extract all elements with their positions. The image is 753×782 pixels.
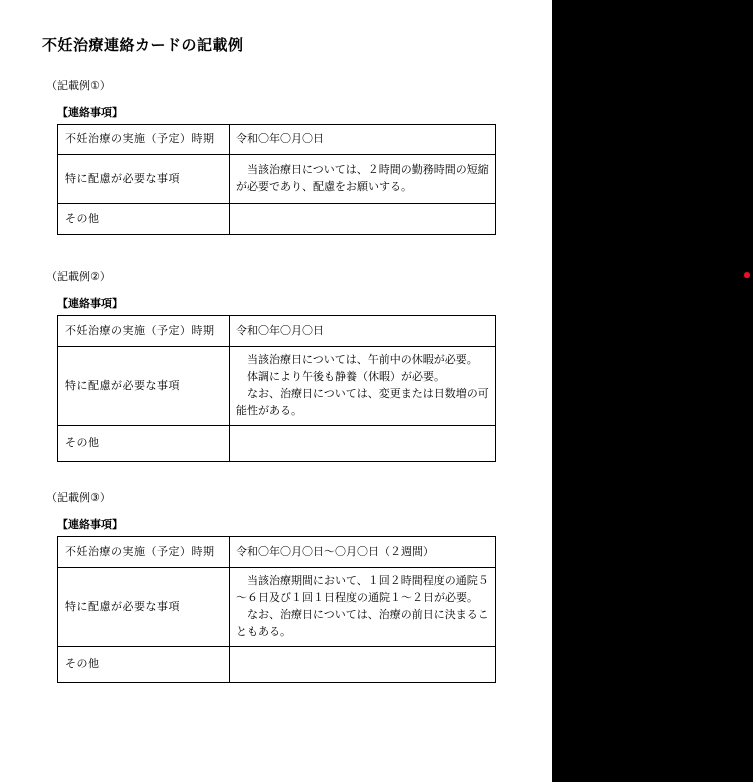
example-section-3: （記載例③） 【連絡事項】 不妊治療の実施（予定）時期 令和〇年〇月〇日～〇月〇…: [0, 492, 552, 683]
row-value-cell: 当該治療期間において、１回２時間程度の通院５ ～６日及び１回１日程度の通院１～２…: [230, 568, 496, 647]
table-row: 不妊治療の実施（予定）時期 令和〇年〇月〇日: [58, 125, 496, 155]
contact-items-table: 不妊治療の実施（予定）時期 令和〇年〇月〇日～〇月〇日（２週間） 特に配慮が必要…: [57, 536, 496, 683]
example-section-2: （記載例②） 【連絡事項】 不妊治療の実施（予定）時期 令和〇年〇月〇日 特に配…: [0, 271, 552, 462]
row-header-cell: 特に配慮が必要な事項: [58, 347, 230, 426]
row-value-cell: 令和〇年〇月〇日～〇月〇日（２週間）: [230, 537, 496, 568]
row-header-cell: 特に配慮が必要な事項: [58, 568, 230, 647]
table-row: その他: [58, 426, 496, 462]
table-row: その他: [58, 647, 496, 683]
row-value-cell: 令和〇年〇月〇日: [230, 125, 496, 155]
row-value-cell: 当該治療日については、２時間の勤務時間の短縮 が必要であり、配慮をお願いする。: [230, 155, 496, 204]
table-row: 特に配慮が必要な事項 当該治療日については、午前中の休暇が必要。 体調により午後…: [58, 347, 496, 426]
table-caption: 【連絡事項】: [57, 519, 552, 532]
row-header-cell: 不妊治療の実施（予定）時期: [58, 125, 230, 155]
row-header-cell: 不妊治療の実施（予定）時期: [58, 537, 230, 568]
row-value-cell: [230, 204, 496, 235]
table-caption: 【連絡事項】: [57, 298, 552, 311]
row-value-cell: [230, 426, 496, 462]
table-row: その他: [58, 204, 496, 235]
contact-items-table: 不妊治療の実施（予定）時期 令和〇年〇月〇日 特に配慮が必要な事項 当該治療日に…: [57, 315, 496, 462]
table-row: 特に配慮が必要な事項 当該治療日については、２時間の勤務時間の短縮 が必要であり…: [58, 155, 496, 204]
table-caption: 【連絡事項】: [57, 107, 552, 120]
row-header-cell: 特に配慮が必要な事項: [58, 155, 230, 204]
viewer-background-band: [552, 0, 753, 782]
table-row: 不妊治療の実施（予定）時期 令和〇年〇月〇日～〇月〇日（２週間）: [58, 537, 496, 568]
example-label: （記載例①）: [46, 80, 552, 93]
row-value-cell: [230, 647, 496, 683]
row-header-cell: その他: [58, 204, 230, 235]
example-label: （記載例③）: [46, 492, 552, 505]
example-label: （記載例②）: [46, 271, 552, 284]
row-header-cell: 不妊治療の実施（予定）時期: [58, 316, 230, 347]
document-page: 不妊治療連絡カードの記載例 （記載例①） 【連絡事項】 不妊治療の実施（予定）時…: [0, 0, 552, 782]
row-value-cell: 令和〇年〇月〇日: [230, 316, 496, 347]
table-row: 不妊治療の実施（予定）時期 令和〇年〇月〇日: [58, 316, 496, 347]
red-marker-dot: [744, 272, 750, 278]
example-section-1: （記載例①） 【連絡事項】 不妊治療の実施（予定）時期 令和〇年〇月〇日 特に配…: [0, 80, 552, 235]
document-title: 不妊治療連絡カードの記載例: [42, 36, 552, 56]
contact-items-table: 不妊治療の実施（予定）時期 令和〇年〇月〇日 特に配慮が必要な事項 当該治療日に…: [57, 124, 496, 235]
row-header-cell: その他: [58, 647, 230, 683]
table-row: 特に配慮が必要な事項 当該治療期間において、１回２時間程度の通院５ ～６日及び１…: [58, 568, 496, 647]
row-header-cell: その他: [58, 426, 230, 462]
row-value-cell: 当該治療日については、午前中の休暇が必要。 体調により午後も静養（休暇）が必要。…: [230, 347, 496, 426]
